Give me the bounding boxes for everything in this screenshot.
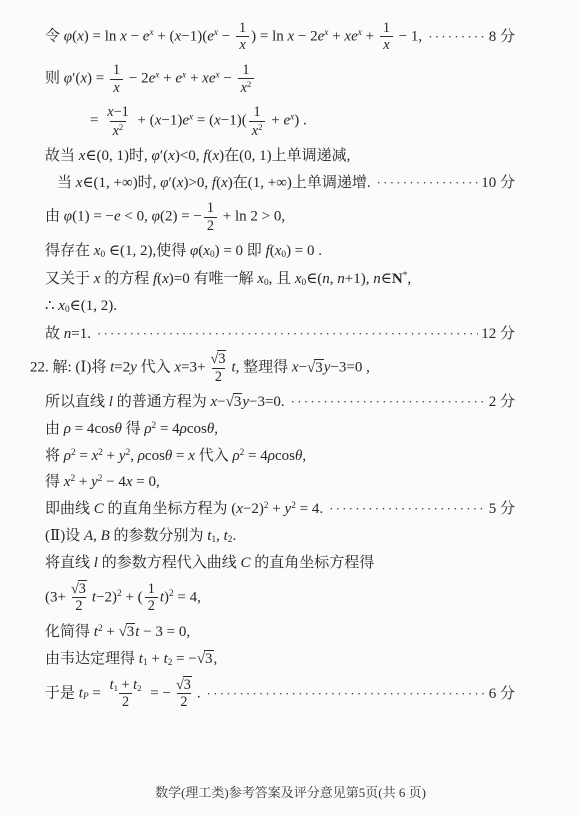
fraction: x−1x2 [104,104,132,139]
solution-line: 又关于 x 的方程 f(x)=0 有唯一解 x0, 且 x0∈(n, n+1),… [30,270,515,289]
fraction: 12 [145,581,158,615]
fraction: √32 [208,351,230,385]
solution-line: 于是 tP = t1 + t22 = −√32.················… [30,677,515,711]
fraction: √32 [68,581,90,615]
math-text: 将直线 l 的参数方程代入曲线 C 的直角坐标方程得 [45,554,374,573]
dotted-leader: ········································… [291,394,486,410]
math-text: 由 ρ = 4cosθ 得 ρ2 = 4ρcosθ, [45,420,218,439]
fraction: √32 [173,677,195,711]
math-text: (3+√32t−2)2 + (12t)2 = 4, [45,581,201,615]
solution-line: ∴ x0∈(1, 2). [30,297,515,316]
radical: √3 [197,651,214,667]
math-text: 22. 解: (Ⅰ)将 t=2y 代入 x=3+√32t, 整理得 x−√3y−… [30,351,370,385]
dotted-leader: ········································… [329,501,486,517]
math-text: 由 φ(1) = −e < 0, φ(2) = −12 + ln 2 > 0, [45,200,285,234]
solution-line: 所以直线 l 的普通方程为 x−√3y−3=0.················… [30,393,515,412]
fraction: 12 [204,200,217,234]
dotted-leader: ········································… [428,29,486,45]
solution-line: 由 ρ = 4cosθ 得 ρ2 = 4ρcosθ, [30,420,515,439]
fraction: 1x2 [249,104,266,139]
math-text: 故当 x∈(0, 1)时, φ′(x)<0, f(x)在(0, 1)上单调递减, [45,147,350,166]
solution-line: 令 φ(x) = ln x − ex + (x−1)(ex − 1x) = ln… [30,20,515,54]
math-text: 则 φ′(x) = 1x − 2ex + ex + xex − 1x2 [45,62,256,97]
math-text: 得存在 x0 ∈(1, 2),使得 φ(x0) = 0 即 f(x0) = 0 … [45,242,322,261]
math-text: 由韦达定理得 t1 + t2 = −√3, [45,650,217,669]
fraction: 1x [236,20,249,54]
solution-line: 则 φ′(x) = 1x − 2ex + ex + xex − 1x2 [30,62,515,97]
solution-line: (3+√32t−2)2 + (12t)2 = 4, [30,581,515,615]
radical: √3 [119,624,136,640]
radical: √3 [71,581,87,597]
math-text: (Ⅱ)设 A, B 的参数分别为 t1, t2. [45,527,236,546]
solution-line: 得存在 x0 ∈(1, 2),使得 φ(x0) = 0 即 f(x0) = 0 … [30,242,515,261]
math-text: 得 x2 + y2 − 4x = 0, [45,473,160,492]
solution-line: 故 n=1.··································… [30,325,515,344]
solution-line: 即曲线 C 的直角坐标方程为 (x−2)2 + y2 = 4.·········… [30,500,515,519]
math-text: 将 ρ2 = x2 + y2, ρcosθ = x 代入 ρ2 = 4ρcosθ… [45,447,306,466]
math-text: 所以直线 l 的普通方程为 x−√3y−3=0. [45,393,285,412]
solution-line: (Ⅱ)设 A, B 的参数分别为 t1, t2. [30,527,515,546]
solution-line: 得 x2 + y2 − 4x = 0, [30,473,515,492]
score-label: 12 分 [481,325,515,344]
radical: √3 [211,351,227,367]
math-text: 化简得 t2 + √3t − 3 = 0, [45,623,190,642]
score-label: 5 分 [489,500,515,519]
solution-line: 由韦达定理得 t1 + t2 = −√3, [30,650,515,669]
fraction: t1 + t22 [107,677,145,711]
solution-line: 将直线 l 的参数方程代入曲线 C 的直角坐标方程得 [30,554,515,573]
solution-line: 故当 x∈(0, 1)时, φ′(x)<0, f(x)在(0, 1)上单调递减, [30,147,515,166]
math-text: = x−1x2 + (x−1)ex = (x−1)(1x2 + ex) . [90,104,307,139]
radical: √3 [176,677,192,693]
solution-line: 将 ρ2 = x2 + y2, ρcosθ = x 代入 ρ2 = 4ρcosθ… [30,447,515,466]
page-footer: 数学(理工类)参考答案及评分意见第5页(共 6 页) [0,782,581,817]
scanned-page: { "page": { "background": "#fbfbfa", "te… [0,0,581,817]
radical: √3 [307,360,324,376]
solution-lines: 令 φ(x) = ln x − ex + (x−1)(ex − 1x) = ln… [0,0,581,782]
radical: √3 [226,394,243,410]
math-text: ∴ x0∈(1, 2). [45,297,117,316]
score-label: 2 分 [489,393,515,412]
solution-line: 由 φ(1) = −e < 0, φ(2) = −12 + ln 2 > 0, [30,200,515,234]
math-text: 又关于 x 的方程 f(x)=0 有唯一解 x0, 且 x0∈(n, n+1),… [45,270,411,289]
math-text: 即曲线 C 的直角坐标方程为 (x−2)2 + y2 = 4. [45,500,323,519]
fraction: 1x [380,20,393,54]
dotted-leader: ········································… [377,175,479,191]
dotted-leader: ········································… [207,686,486,702]
math-text: 当 x∈(1, +∞)时, φ′(x)>0, f(x)在(1, +∞)上单调递增… [57,174,371,193]
score-label: 10 分 [481,174,515,193]
solution-line: 当 x∈(1, +∞)时, φ′(x)>0, f(x)在(1, +∞)上单调递增… [30,174,515,193]
math-text: 故 n=1. [45,325,91,344]
math-text: 于是 tP = t1 + t22 = −√32. [45,677,201,711]
solution-line: 化简得 t2 + √3t − 3 = 0, [30,623,515,642]
dotted-leader: ········································… [97,326,478,342]
score-label: 8 分 [489,28,515,47]
math-text: 令 φ(x) = ln x − ex + (x−1)(ex − 1x) = ln… [45,20,422,54]
fraction: 1x [110,62,123,96]
fraction: 1x2 [238,62,255,97]
score-label: 6 分 [489,685,515,704]
solution-line: = x−1x2 + (x−1)ex = (x−1)(1x2 + ex) . [30,104,515,139]
solution-line: 22. 解: (Ⅰ)将 t=2y 代入 x=3+√32t, 整理得 x−√3y−… [30,351,515,385]
